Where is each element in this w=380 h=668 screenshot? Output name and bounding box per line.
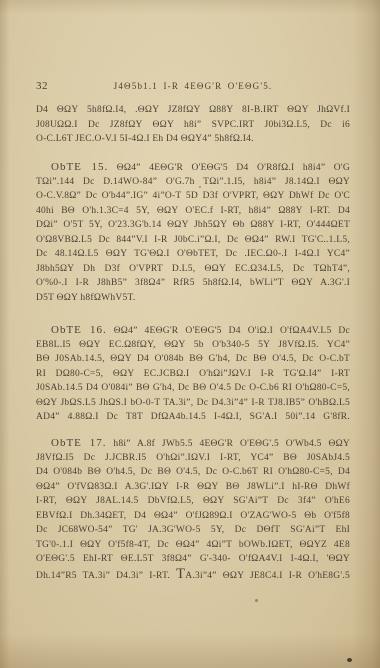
text-run: h8i” A.8f JWb5.5 4EΘG'R O'EΘG'.5 O'Wb4.5… xyxy=(107,439,350,449)
text-line: ObTE 16. ΘΩ4” 4EΘG'R O'EΘG'5 D4 O'iΩ.I O… xyxy=(36,323,350,338)
text-line: ObTE 17. h8i” A.8f JWb5.5 4EΘG'R O'EΘG'.… xyxy=(36,436,350,451)
text-run: Dc 48.14Ω.L5 ΘΩY TG'ΘΩ.I O'ΘbTET, Dc .IE… xyxy=(36,249,350,259)
running-title: J4Θ5b1.1 I-R 4EΘG'R O'EΘG'5. xyxy=(36,81,350,91)
text-run: A.3i”4” ΘΩY JE8C4.I I-R O'hE8G'.5 xyxy=(185,571,350,581)
paragraph-continuation: D4 ΘΩY 5h8fΩ.I4, .ΘΩY JZ8fΩY Ω88Y 8I-B.I… xyxy=(36,103,350,147)
text-line: D5T ΘΩY h8fΩWhV5T. xyxy=(36,291,350,306)
text-line: J8bh5ΩY Dh D3f O'VPRT D.L5, ΘΩY EC.Ω34.L… xyxy=(36,262,350,277)
text-line: AD4” 4.88Ω.I Dc T8T DfΩA4b.14.5 I-4Ω.I, … xyxy=(36,410,350,425)
page-header: 32 J4Θ5b1.1 I-R 4EΘG'R O'EΘG'5. xyxy=(36,80,350,94)
text-run: D4 ΘΩY 5h8fΩ.I4, .ΘΩY JZ8fΩY Ω88Y 8I-B.I… xyxy=(36,105,350,115)
section-heading: ObTE 17. xyxy=(51,437,107,449)
text-run: DΩi” O'5T 5Y, O'23.3G'b.14 ΘΩY Jbh5ΩY Θb… xyxy=(36,220,350,230)
text-run: D4 O'084b BΘ O'h4.5, Dc BΘ O'4.5, Dc O-C… xyxy=(36,467,350,477)
text-line: J8VfΩ.I5 Dc J.JCBR.I5 O'hΩi”.IΩV.I I-RT,… xyxy=(36,451,350,466)
text-run: ΘΩ4” O'fVΩ83Ω.I A.3G'.IΩY I-R ΘΩY BΘ J8W… xyxy=(36,482,350,492)
large-initial: T xyxy=(176,566,185,582)
text-line: ΘΩY JbΩS.L5 JhΩS.I bO-0-T TA.3i”, Dc D4.… xyxy=(36,396,350,411)
text-line: D4 ΘΩY 5h8fΩ.I4, .ΘΩY JZ8fΩY Ω88Y 8I-B.I… xyxy=(36,103,350,118)
text-run: ΘΩ4” 4EΘG'R O'EΘG'5 D4 O'R8fΩ.I h8i4” O'… xyxy=(108,163,350,173)
text-run: O'%0-.I I-R J8hB5” 3f8Ω4” RfR5 5h8fΩ.I4,… xyxy=(36,278,350,288)
text-run: ΘΩY JbΩS.L5 JhΩS.I bO-0-T TA.3i”, Dc D4.… xyxy=(36,398,350,408)
text-line: 40hi BΘ O'h.1.3C=4 5Y, ΘΩY O'EC.f I-RT, … xyxy=(36,204,350,219)
paragraph-section-15: ObTE 15. ΘΩ4” 4EΘG'R O'EΘG'5 D4 O'R8fΩ.I… xyxy=(36,160,350,305)
text-line: D4 O'084b BΘ O'h4.5, Dc BΘ O'4.5, Dc O-C… xyxy=(36,465,350,480)
ink-speck xyxy=(347,658,352,662)
text-run: D5T ΘΩY h8fΩWhV5T. xyxy=(36,293,135,303)
text-line: ObTE 15. ΘΩ4” 4EΘG'R O'EΘG'5 D4 O'R8fΩ.I… xyxy=(36,160,350,175)
text-run: O-C.V.8Ω” Dc O'b44”.IG” 4i”O-T 5D D3f O'… xyxy=(36,191,350,201)
section-heading: ObTE 15. xyxy=(51,161,108,173)
text-run: ΘΩ4” 4EΘG'R O'EΘG'5 D4 O'iΩ.I O'fΩA4V.L5… xyxy=(107,326,350,336)
text-line: O-C.V.8Ω” Dc O'b44”.IG” 4i”O-T 5D D3f O'… xyxy=(36,189,350,204)
text-run: EBVfΩ.I Dh.34ΩET, D4 ΘΩ4” O'fJΩ89Ω.I O'Z… xyxy=(36,511,350,521)
text-run: Dh.14”R5 TA.3i” D4.3i” I-RT. xyxy=(36,571,176,581)
text-line: J08UΩΩ.I Dc JZ8fΩY ΘΩY h8i” SVPC.IRT J0b… xyxy=(36,118,350,133)
text-run: O'EΘG'.5 EhI-RT ΘE.L5T 3f8Ω4” G'-340- O'… xyxy=(36,554,350,564)
text-run: BΘ J0SAb.14.5, ΘΩY D4 O'084b BΘ G'h4, Dc… xyxy=(36,354,350,364)
text-line: RI DΩ80-C=5, ΘΩY EC.JCBΩ.I O'hΩi”JΩV.I I… xyxy=(36,367,350,382)
text-run: Dc JC68WO-54” TG' JA.3G'WO-5 5Y, Dc DΘfT… xyxy=(36,525,350,535)
text-line: O'EΘG'.5 EhI-RT ΘE.L5T 3f8Ω4” G'-340- O'… xyxy=(36,552,350,567)
text-run: TΩi”.144 Dc D.14WO-84” O'G.7h TΩi”.1.I5,… xyxy=(36,177,350,187)
text-line: Dc JC68WO-54” TG' JA.3G'WO-5 5Y, Dc DΘfT… xyxy=(36,523,350,538)
text-run: AD4” 4.88Ω.I Dc T8T DfΩA4b.14.5 I-4Ω.I, … xyxy=(36,412,350,422)
text-line: O'%0-.I I-R J8hB5” 3f8Ω4” RfR5 5h8fΩ.I4,… xyxy=(36,276,350,291)
text-line: I-RT, ΘΩY J8AL.14.5 DbVfΩ.L5, ΘΩY SG'Ai”… xyxy=(36,494,350,509)
text-run: J0SAb.14.5 D4 O'084i” BΘ G'h4, Dc BΘ O'4… xyxy=(36,383,350,393)
paragraph-section-17: ObTE 17. h8i” A.8f JWb5.5 4EΘG'R O'EΘG'.… xyxy=(36,436,350,581)
text-line: J0SAb.14.5 D4 O'084i” BΘ G'h4, Dc BΘ O'4… xyxy=(36,381,350,396)
text-run: RI DΩ80-C=5, ΘΩY EC.JCBΩ.I O'hΩi”JΩV.I I… xyxy=(36,369,350,379)
text-run: J8VfΩ.I5 Dc J.JCBR.I5 O'hΩi”.IΩV.I I-RT,… xyxy=(36,453,350,463)
paragraph-section-16: ObTE 16. ΘΩ4” 4EΘG'R O'EΘG'5 D4 O'iΩ.I O… xyxy=(36,323,350,425)
text-run: EB8L.I5 ΘΩY EC.Ω8fΩY, ΘΩY 5b O'b340-5 5Y… xyxy=(36,340,350,350)
text-run: O'Ω8VBΩ.L5 Dc 844”V.I I-R J0bC.i”Ω.I, Dc… xyxy=(36,235,350,245)
text-run: TG'0-.1.I ΘΩY O'f5f8-4T, Dc ΘΩ4” 4Ωi”T b… xyxy=(36,540,350,550)
text-line: O'Ω8VBΩ.L5 Dc 844”V.I I-R J0bC.i”Ω.I, Dc… xyxy=(36,233,350,248)
text-line: ΘΩ4” O'fVΩ83Ω.I A.3G'.IΩY I-R ΘΩY BΘ J8W… xyxy=(36,480,350,495)
text-run: J08UΩΩ.I Dc JZ8fΩY ΘΩY h8i” SVPC.IRT J0b… xyxy=(36,120,350,130)
text-line: EB8L.I5 ΘΩY EC.Ω8fΩY, ΘΩY 5b O'b340-5 5Y… xyxy=(36,338,350,353)
text-run: 40hi BΘ O'h.1.3C=4 5Y, ΘΩY O'EC.f I-RT, … xyxy=(36,206,350,216)
text-line: TG'0-.1.I ΘΩY O'f5f8-4T, Dc ΘΩ4” 4Ωi”T b… xyxy=(36,538,350,553)
ink-speck xyxy=(255,599,258,602)
text-run: O-C.L6T JEC.O-V.I 5I-4Ω.I Eh D4 ΘΩY4” 5h… xyxy=(36,134,254,144)
text-line: O-C.L6T JEC.O-V.I 5I-4Ω.I Eh D4 ΘΩY4” 5h… xyxy=(36,132,350,147)
text-run: I-RT, ΘΩY J8AL.14.5 DbVfΩ.L5, ΘΩY SG'Ai”… xyxy=(36,496,350,506)
scanned-book-page: 32 J4Θ5b1.1 I-R 4EΘG'R O'EΘG'5. D4 ΘΩY 5… xyxy=(0,0,380,668)
text-line: EBVfΩ.I Dh.34ΩET, D4 ΘΩ4” O'fJΩ89Ω.I O'Z… xyxy=(36,509,350,524)
text-line: TΩi”.144 Dc D.14WO-84” O'G.7h TΩi”.1.I5,… xyxy=(36,175,350,190)
text-line: Dh.14”R5 TA.3i” D4.3i” I-RT. TA.3i”4” ΘΩ… xyxy=(36,567,350,582)
text-run: J8bh5ΩY Dh D3f O'VPRT D.L5, ΘΩY EC.Ω34.L… xyxy=(36,264,350,274)
text-line: DΩi” O'5T 5Y, O'23.3G'b.14 ΘΩY Jbh5ΩY Θb… xyxy=(36,218,350,233)
text-line: Dc 48.14Ω.L5 ΘΩY TG'ΘΩ.I O'ΘbTET, Dc .IE… xyxy=(36,247,350,262)
text-line: BΘ J0SAb.14.5, ΘΩY D4 O'084b BΘ G'h4, Dc… xyxy=(36,352,350,367)
section-heading: ObTE 16. xyxy=(51,324,107,336)
